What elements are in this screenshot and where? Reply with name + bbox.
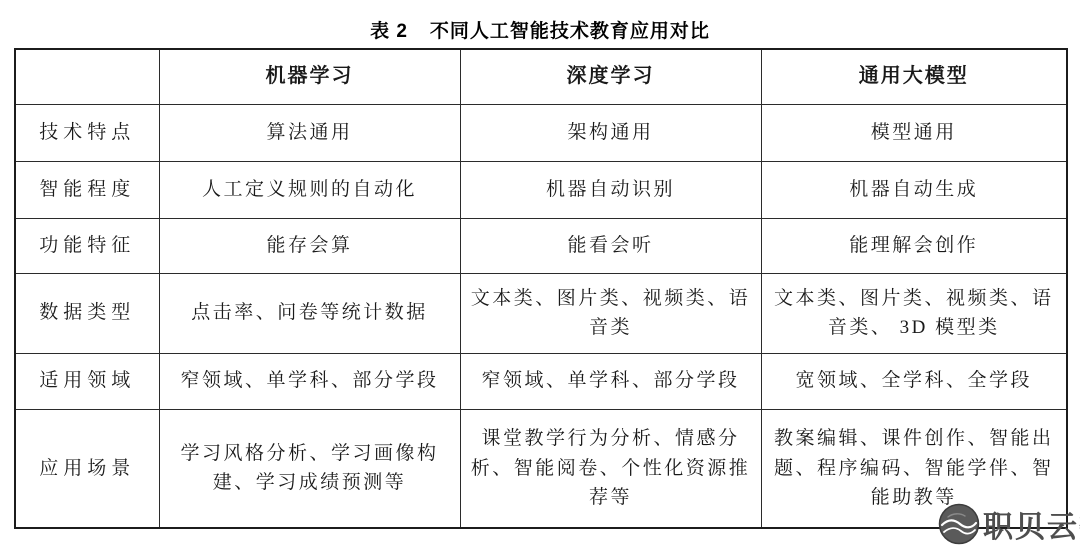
table-cell: 文本类、图片类、视频类、语音类、 3D 模型类 — [761, 273, 1067, 353]
table-cell: 窄领域、单学科、部分学段 — [460, 353, 761, 409]
watermark-text: 职贝云数 — [983, 502, 1080, 546]
row-label-applicable-domains: 适用领域 — [15, 353, 159, 409]
column-header-machine-learning: 机器学习 — [159, 49, 460, 104]
row-label-intelligence-level: 智能程度 — [15, 161, 159, 218]
table-row: 智能程度 人工定义规则的自动化 机器自动识别 机器自动生成 — [15, 161, 1067, 218]
table-title: 不同人工智能技术教育应用对比 — [430, 21, 710, 42]
table-cell: 课堂教学行为分析、情感分析、智能阅卷、个性化资源推荐等 — [460, 409, 761, 528]
table-cell: 文本类、图片类、视频类、语音类 — [460, 273, 761, 353]
table-cell: 点击率、问卷等统计数据 — [159, 273, 460, 353]
table-cell: 学习风格分析、学习画像构建、学习成绩预测等 — [159, 409, 460, 528]
row-label-technical-features: 技术特点 — [15, 104, 159, 161]
table-row: 适用领域 窄领域、单学科、部分学段 窄领域、单学科、部分学段 宽领域、全学科、全… — [15, 353, 1067, 409]
table-row: 技术特点 算法通用 架构通用 模型通用 — [15, 104, 1067, 161]
comparison-table: 机器学习 深度学习 通用大模型 技术特点 算法通用 架构通用 模型通用 智能程度… — [14, 48, 1068, 529]
table-cell: 能存会算 — [159, 218, 460, 273]
row-label-data-types: 数据类型 — [15, 273, 159, 353]
table-row: 应用场景 学习风格分析、学习画像构建、学习成绩预测等 课堂教学行为分析、情感分析… — [15, 409, 1067, 528]
table-cell: 能理解会创作 — [761, 218, 1067, 273]
row-label-functional-traits: 功能特征 — [15, 218, 159, 273]
table-number: 表 2 — [370, 21, 408, 42]
watermark: 职贝云数 — [938, 502, 1080, 546]
table-row: 数据类型 点击率、问卷等统计数据 文本类、图片类、视频类、语音类 文本类、图片类… — [15, 273, 1067, 353]
table-cell: 机器自动识别 — [460, 161, 761, 218]
table-cell: 模型通用 — [761, 104, 1067, 161]
row-label-application-scenarios: 应用场景 — [15, 409, 159, 528]
document-page: 表 2不同人工智能技术教育应用对比 机器学习 深度学习 通用大模型 技术特点 算… — [0, 0, 1080, 551]
column-header-empty — [15, 49, 159, 104]
wave-logo-icon — [938, 503, 980, 545]
table-cell: 人工定义规则的自动化 — [159, 161, 460, 218]
column-header-general-large-model: 通用大模型 — [761, 49, 1067, 104]
table-caption: 表 2不同人工智能技术教育应用对比 — [0, 16, 1080, 43]
column-header-deep-learning: 深度学习 — [460, 49, 761, 104]
table-row: 功能特征 能存会算 能看会听 能理解会创作 — [15, 218, 1067, 273]
table-cell: 宽领域、全学科、全学段 — [761, 353, 1067, 409]
table-cell: 架构通用 — [460, 104, 761, 161]
table-cell: 机器自动生成 — [761, 161, 1067, 218]
table-cell: 窄领域、单学科、部分学段 — [159, 353, 460, 409]
header-row: 机器学习 深度学习 通用大模型 — [15, 49, 1067, 104]
table-cell: 算法通用 — [159, 104, 460, 161]
table-cell: 能看会听 — [460, 218, 761, 273]
